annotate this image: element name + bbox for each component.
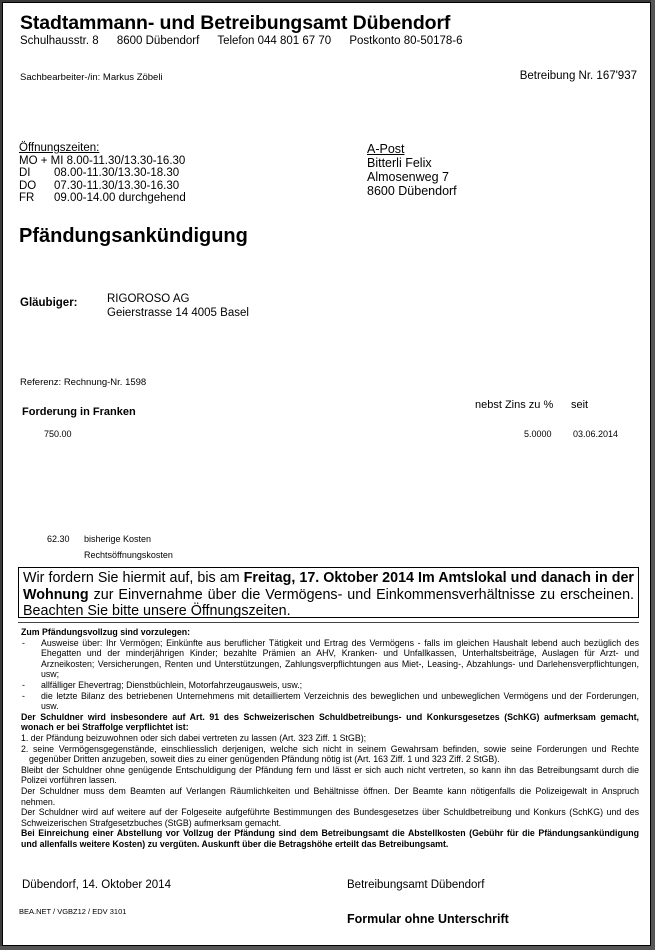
page-shadow: [651, 0, 655, 950]
legal-paragraph: Der Schuldner muss dem Beamten auf Verla…: [21, 786, 639, 807]
opening-hours-row: DI08.00-11.30/13.30-18.30: [19, 167, 186, 180]
legal-paragraph: Bleibt der Schuldner ohne genügende Ents…: [21, 765, 639, 786]
form-code: BEA.NET / VGBZ12 / EDV 3101: [19, 907, 126, 916]
creditor-name: RIGOROSO AG: [107, 292, 249, 306]
legal-heading: Zum Pfändungsvollzug sind vorzulegen:: [21, 627, 639, 638]
legal-text: Zum Pfändungsvollzug sind vorzulegen: -A…: [21, 627, 639, 849]
cost-amount: 62.30: [47, 534, 70, 544]
issuing-office: Betreibungsamt Dübendorf: [347, 879, 484, 891]
legal-paragraph: Der Schuldner wird auf weitere auf der F…: [21, 807, 639, 828]
creditor-address: Geierstrasse 14 4005 Basel: [107, 306, 249, 320]
since-header: seit: [571, 399, 588, 411]
divider: [18, 622, 639, 623]
issue-date: Dübendorf, 14. Oktober 2014: [22, 879, 171, 891]
claim-label: Forderung in Franken: [22, 406, 136, 418]
org-postkonto: Postkonto 80-50178-6: [349, 35, 462, 47]
legal-duty: 1. der Pfändung beizuwohnen oder sich da…: [21, 733, 639, 744]
creditor-label: Gläubiger:: [20, 297, 78, 309]
org-phone: Telefon 044 801 67 70: [217, 35, 331, 47]
opening-hours: Öffnungszeiten: MO + MI 8.00-11.30/13.30…: [19, 142, 186, 205]
org-city: 8600 Dübendorf: [117, 35, 199, 47]
recipient-street: Almosenweg 7: [367, 170, 457, 184]
legal-item: -allfälliger Ehevertrag; Dienstbüchlein,…: [21, 680, 639, 691]
legal-paragraph: Bei Einreichung einer Abstellung vor Vol…: [21, 828, 639, 849]
opening-hours-row: MO + MI 8.00-11.30/13.30-16.30: [19, 155, 186, 168]
unsigned-note: Formular ohne Unterschrift: [347, 912, 509, 926]
legal-item: -die letzte Bilanz des betriebenen Unter…: [21, 691, 639, 712]
claim-interest: 5.0000: [524, 429, 552, 439]
document-page: Stadtammann- und Betreibungsamt Dübendor…: [2, 2, 651, 946]
clerk: Sachbearbeiter-/in: Markus Zöbeli: [20, 72, 163, 83]
delivery-type: A-Post: [367, 142, 457, 156]
opening-hours-title: Öffnungszeiten:: [19, 142, 186, 155]
betreibung-number: Betreibung Nr. 167'937: [520, 70, 637, 82]
recipient-city: 8600 Dübendorf: [367, 184, 457, 198]
recipient-address: A-Post Bitterli Felix Almosenweg 7 8600 …: [367, 142, 457, 198]
org-contact-line: Schulhausstr. 8 8600 Dübendorf Telefon 0…: [20, 35, 478, 47]
creditor: RIGOROSO AG Geierstrasse 14 4005 Basel: [107, 292, 249, 320]
org-address: Schulhausstr. 8: [20, 35, 99, 47]
interest-header: nebst Zins zu %: [475, 399, 553, 411]
recipient-name: Bitterli Felix: [367, 156, 457, 170]
document-title: Pfändungsankündigung: [19, 225, 248, 248]
page-shadow: [0, 946, 655, 950]
cost-label: Rechtsöffnungskosten: [84, 550, 173, 560]
opening-hours-row: FR09.00-14.00 durchgehend: [19, 192, 186, 205]
summons-notice: Wir fordern Sie hiermit auf, bis am Frei…: [18, 567, 639, 618]
opening-hours-row: DO07.30-11.30/13.30-16.30: [19, 180, 186, 193]
claim-amount: 750.00: [44, 429, 72, 439]
legal-art91: Der Schuldner wird insbesondere auf Art.…: [21, 712, 639, 733]
org-title: Stadtammann- und Betreibungsamt Dübendor…: [20, 12, 450, 35]
reference: Referenz: Rechnung-Nr. 1598: [20, 377, 146, 388]
cost-label: bisherige Kosten: [84, 534, 151, 544]
claim-since: 03.06.2014: [573, 429, 618, 439]
legal-item: -Ausweise über: Ihr Vermögen; Einkünfte …: [21, 638, 639, 680]
legal-duty: 2. seine Vermögensgegenstände, einschlie…: [21, 744, 639, 765]
